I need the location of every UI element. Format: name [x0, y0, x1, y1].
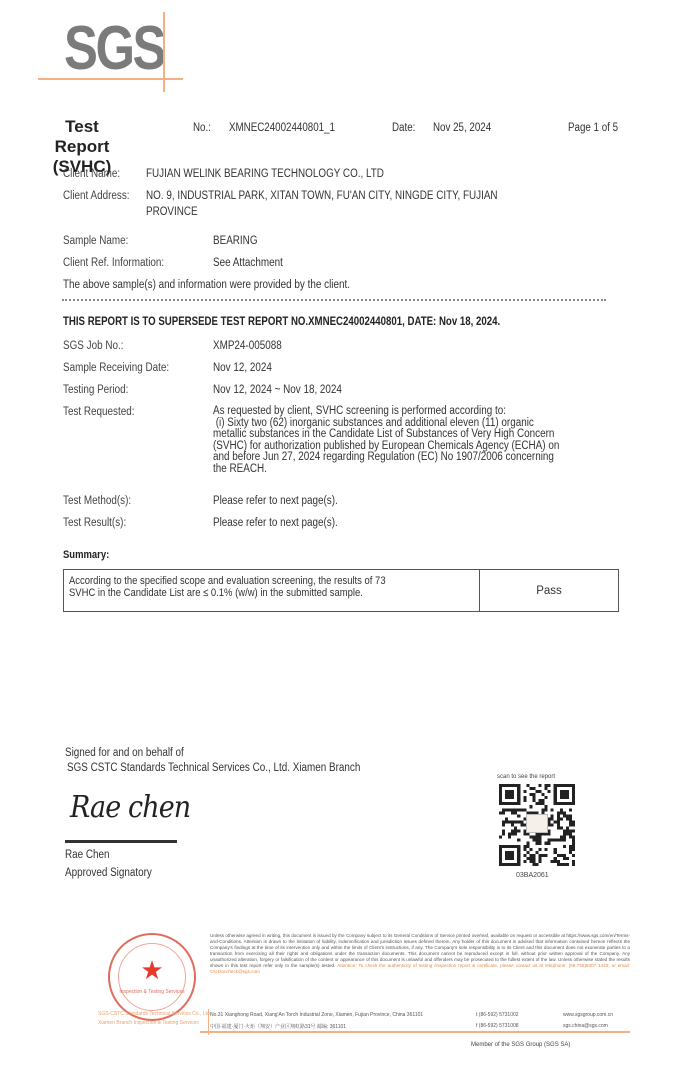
logo-accent-vline: [163, 12, 165, 92]
sample-name-value: BEARING: [213, 235, 258, 247]
signed-behalf-line2: SGS CSTC Standards Technical Services Co…: [67, 762, 360, 774]
test-requested-label: Test Requested:: [63, 406, 134, 418]
stamp-company-line2: Xiamen Branch Inspection & Testing Servi…: [98, 1020, 199, 1026]
test-method-value: Please refer to next page(s).: [213, 495, 338, 507]
signature-line: [65, 840, 177, 843]
report-no-value: XMNEC24002440801_1: [229, 122, 335, 134]
test-requested-text: As requested by client, SVHC screening i…: [213, 406, 617, 475]
sgs-logo-text: SGS: [64, 16, 164, 82]
test-result-value: Please refer to next page(s).: [213, 517, 338, 529]
terms-fine-print: Unless otherwise agreed in writing, this…: [210, 933, 630, 975]
qr-number: 03BA2061: [516, 872, 549, 879]
separator-dotted: [62, 299, 606, 301]
sgs-logo: SGS: [38, 12, 188, 92]
logo-accent-hline: [38, 78, 183, 80]
job-no-value: XMP24-005088: [213, 340, 282, 352]
test-requested-line: the REACH.: [213, 464, 617, 476]
client-name-value: FUJIAN WELINK BEARING TECHNOLOGY CO., LT…: [146, 168, 384, 180]
test-requested-line: and before Jun 27, 2024 regarding Regula…: [213, 452, 617, 464]
email-link[interactable]: sgs.china@sgs.com: [563, 1023, 608, 1029]
client-name-label: Client Name:: [63, 168, 120, 180]
test-requested-line: metallic substances in the Candidate Lis…: [213, 429, 617, 441]
summary-table: According to the specified scope and eva…: [63, 569, 619, 612]
summary-text-line2: SVHC in the Candidate List are ≤ 0.1% (w…: [69, 587, 473, 599]
handwritten-signature: Rae chen: [70, 790, 190, 825]
client-ref-label: Client Ref. Information:: [63, 257, 164, 269]
address-en: No.31 Xianghong Road, Xiang'An Torch Ind…: [210, 1012, 423, 1018]
report-date-label: Date:: [392, 122, 415, 134]
summary-text-cell: According to the specified scope and eva…: [64, 570, 480, 611]
member-note: Member of the SGS Group (SGS SA): [471, 1042, 570, 1048]
client-address-line2: PROVINCE: [146, 206, 198, 218]
report-no-label: No.:: [193, 122, 211, 134]
phone-2: f (86-592) 5731008: [476, 1023, 519, 1029]
test-method-label: Test Method(s):: [63, 495, 131, 507]
website-link[interactable]: www.sgsgroup.com.cn: [563, 1012, 613, 1018]
summary-label: Summary:: [63, 549, 109, 561]
signatory-name: Rae Chen: [65, 849, 110, 861]
qr-code-icon[interactable]: [499, 783, 575, 867]
receiving-date-label: Sample Receiving Date:: [63, 362, 169, 374]
signatory-role: Approved Signatory: [65, 867, 152, 879]
stamp-text: Inspection & Testing Services: [110, 989, 194, 995]
footer-vrule: [208, 1009, 209, 1035]
testing-period-label: Testing Period:: [63, 384, 128, 396]
report-date-value: Nov 25, 2024: [433, 122, 491, 134]
provided-note: The above sample(s) and information were…: [63, 279, 350, 291]
job-no-label: SGS Job No.:: [63, 340, 123, 352]
star-icon: ★: [110, 957, 194, 983]
footer: ★ Inspection & Testing Services SGS-CSTC…: [58, 925, 638, 1060]
testing-period-value: Nov 12, 2024 ~ Nov 18, 2024: [213, 384, 342, 396]
client-address-line1: NO. 9, INDUSTRIAL PARK, XITAN TOWN, FU'A…: [146, 190, 498, 202]
test-requested-line: As requested by client, SVHC screening i…: [213, 406, 617, 418]
test-result-label: Test Result(s):: [63, 517, 126, 529]
footer-rule: [200, 1031, 630, 1033]
sample-name-label: Sample Name:: [63, 235, 128, 247]
qr-caption: scan to see the report: [497, 774, 555, 780]
official-stamp: ★ Inspection & Testing Services: [108, 933, 196, 1021]
client-address-label: Client Address:: [63, 190, 130, 202]
receiving-date-value: Nov 12, 2024: [213, 362, 272, 374]
signed-behalf-line1: Signed for and on behalf of: [65, 747, 184, 759]
supersede-notice: THIS REPORT IS TO SUPERSEDE TEST REPORT …: [63, 316, 500, 328]
stamp-company-line1: SGS-CSTC Standards Technical Services Co…: [98, 1011, 211, 1017]
page-indicator: Page 1 of 5: [568, 122, 618, 134]
phone-1: t (86-592) 5731002: [476, 1012, 519, 1018]
summary-result: Pass: [536, 585, 562, 597]
address-cn: 中国·福建·厦门·火炬（翔安）产业区翔虹路31号 邮编: 361101: [210, 1023, 346, 1030]
report-title-line1: Test Report: [36, 117, 128, 157]
client-ref-value: See Attachment: [213, 257, 283, 269]
summary-text-line1: According to the specified scope and eva…: [69, 575, 473, 587]
summary-result-cell: Pass: [480, 570, 618, 611]
